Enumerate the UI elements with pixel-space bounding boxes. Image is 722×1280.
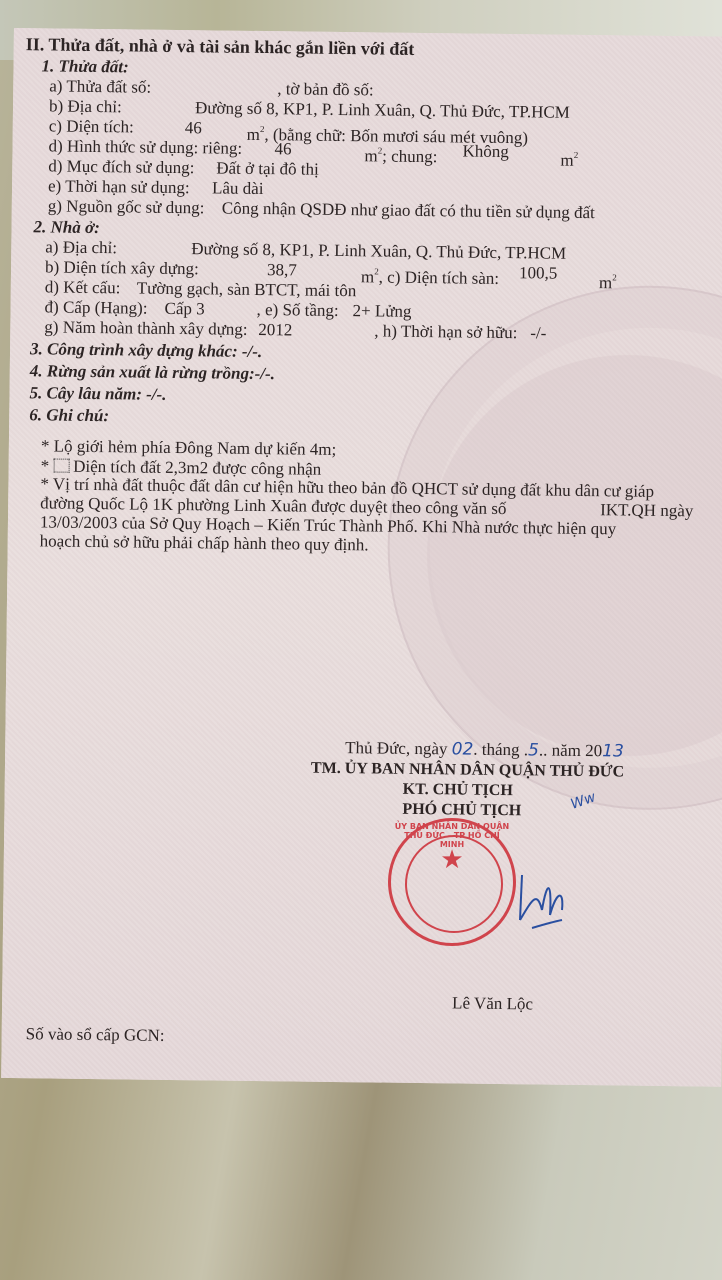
year-label: g) Năm hoàn thành xây dựng: — [44, 317, 247, 339]
purpose-label: d) Mục đích sử dụng: — [48, 156, 194, 178]
usage-shared-value: Không — [462, 141, 509, 162]
ownership-term-value: -/- — [530, 323, 546, 343]
official-red-stamp: ỦY BAN NHÂN DÂN QUẬN THỦ ĐỨC - TP HỒ CHÍ… — [388, 818, 516, 946]
other-construction: 3. Công trình xây dựng khác: -/-. — [30, 339, 262, 362]
note-planning-line4: hoạch chủ sở hữu phải chấp hành theo quy… — [40, 531, 369, 555]
land-area-value: 46 — [185, 118, 202, 138]
place-date: Thủ Đức, ngày 02. tháng .5.. năm 2013 — [345, 738, 624, 761]
floor-area-unit: m2 — [599, 267, 617, 293]
map-sheet-label: , tờ bản đồ số: — [277, 79, 374, 100]
usage-private-value: 46 — [274, 139, 291, 159]
grade-label: đ) Cấp (Hạng): — [44, 297, 147, 318]
land-area-label: c) Diện tích: — [49, 116, 134, 137]
handwritten-year: 13 — [602, 741, 624, 761]
hatched-area-icon — [53, 459, 69, 473]
registry-label: Số vào sổ cấp GCN: — [26, 1024, 165, 1046]
build-area-value: 38,7 — [267, 260, 297, 280]
usage-shared-unit: m2 — [560, 145, 578, 171]
parcel-label: a) Thửa đất số: — [49, 76, 151, 97]
production-forest: 4. Rừng sản xuất là rừng trồng:-/-. — [30, 361, 275, 384]
term-value: Lâu dài — [212, 178, 264, 199]
house-heading: 2. Nhà ở: — [33, 217, 100, 238]
signer-role-1: KT. CHỦ TỊCH — [403, 780, 513, 801]
structure-value: Tường gạch, sàn BTCT, mái tôn — [137, 279, 357, 302]
origin-label: g) Nguồn gốc sử dụng: — [48, 196, 205, 218]
house-address-label: a) Địa chỉ: — [45, 237, 117, 258]
handwritten-month: 5 — [528, 740, 539, 760]
grade-value: Cấp 3 — [164, 299, 204, 319]
land-certificate-page: II. Thửa đất, nhà ở và tài sản khác gắn … — [1, 28, 722, 1087]
term-label: e) Thời hạn sử dụng: — [48, 176, 190, 198]
house-address-value: Đường số 8, KP1, P. Linh Xuân, Q. Thủ Đứ… — [191, 239, 566, 264]
handwritten-day: 02 — [452, 739, 474, 759]
land-address-label: b) Địa chỉ: — [49, 96, 122, 117]
floor-area-value: 100,5 — [519, 263, 557, 283]
floor-area-label: m2, c) Diện tích sàn: — [361, 261, 499, 289]
signature — [512, 870, 572, 930]
signer-name: Lê Văn Lộc — [452, 993, 533, 1014]
star-icon: ★ — [391, 845, 513, 875]
land-heading: 1. Thửa đất: — [41, 56, 128, 77]
usage-shared: m2; chung: — [364, 140, 437, 167]
floors-label: , e) Số tầng: — [256, 300, 338, 321]
ownership-term-label: , h) Thời hạn sở hữu: — [374, 321, 517, 343]
watermark-emblem — [385, 283, 722, 813]
year-value: 2012 — [258, 320, 292, 340]
perennial-trees: 5. Cây lâu năm: -/-. — [29, 383, 166, 405]
build-area-label: b) Diện tích xây dựng: — [45, 257, 199, 279]
floors-value: 2+ Lửng — [352, 301, 411, 322]
note-planning-ref: IKT.QH ngày — [600, 500, 693, 521]
usage-form-label: d) Hình thức sử dụng: riêng: — [48, 136, 242, 158]
purpose-value: Đất ở tại đô thị — [216, 158, 319, 179]
structure-label: d) Kết cấu: — [45, 277, 121, 298]
notes-heading: 6. Ghi chú: — [29, 405, 109, 426]
issuing-authority: TM. ỦY BAN NHÂN DÂN QUẬN THỦ ĐỨC — [311, 759, 624, 783]
section-title: II. Thửa đất, nhà ở và tài sản khác gắn … — [26, 34, 415, 59]
origin-value: Công nhận QSDĐ như giao đất có thu tiền … — [222, 199, 595, 224]
